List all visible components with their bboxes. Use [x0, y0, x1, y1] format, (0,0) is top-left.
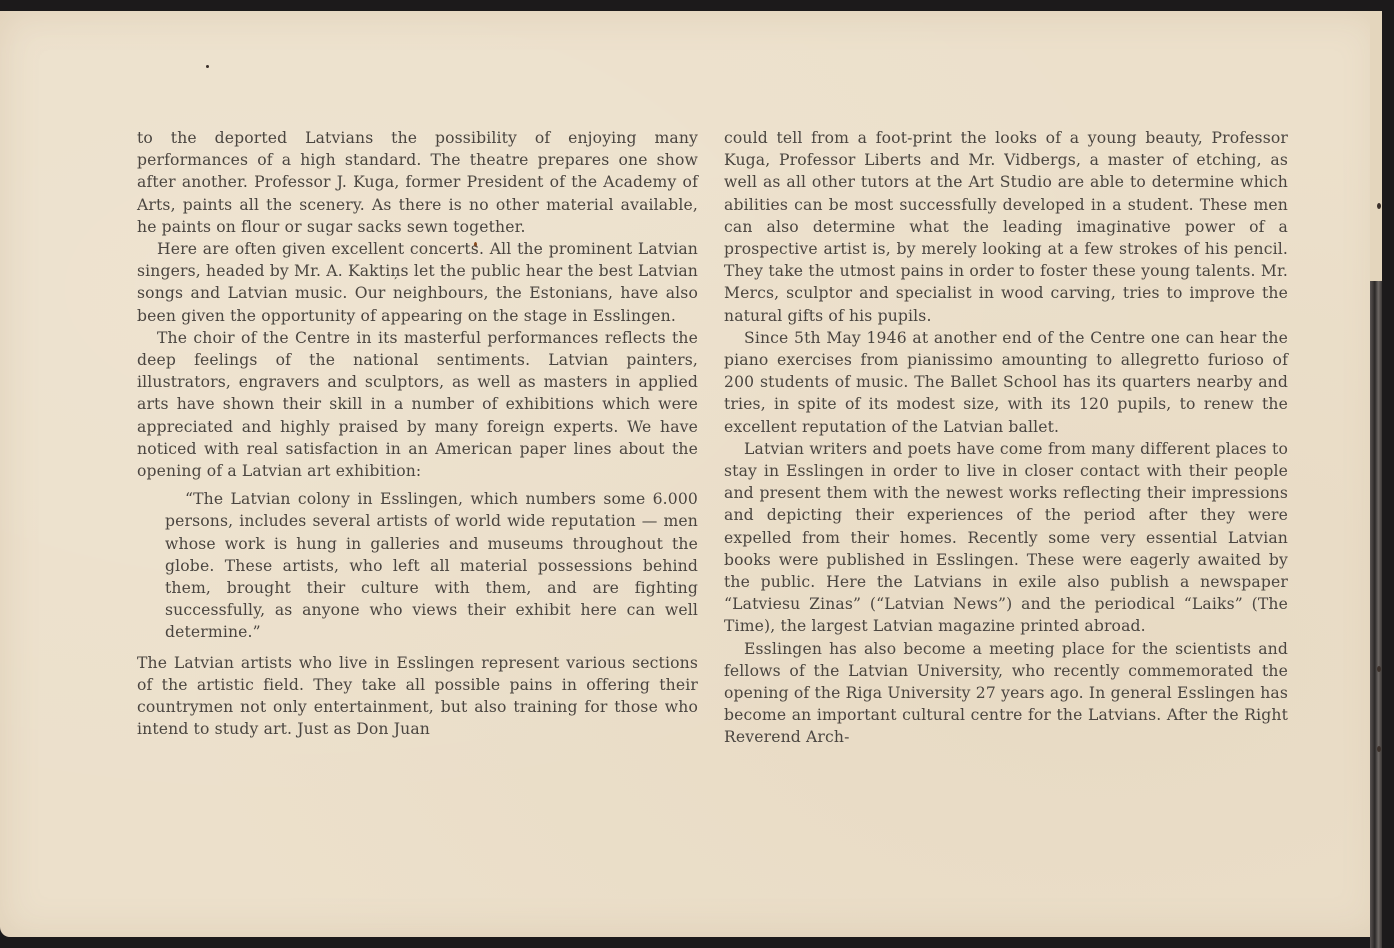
binding-hole — [1377, 203, 1381, 209]
paragraph: Since 5th May 1946 at another end of the… — [724, 327, 1288, 438]
left-column: to the deported Latvians the possibility… — [137, 127, 698, 740]
paragraph: The Latvian artists who live in Esslinge… — [137, 652, 698, 741]
paragraph: The choir of the Centre in its masterful… — [137, 327, 698, 482]
paragraph: Esslingen has also become a meeting plac… — [724, 638, 1288, 749]
paper-speck — [206, 65, 209, 68]
binding-hole — [1377, 666, 1381, 672]
paragraph: could tell from a foot-print the looks o… — [724, 127, 1288, 327]
binding-hole — [1377, 746, 1381, 752]
paragraph: Latvian writers and poets have come from… — [724, 438, 1288, 638]
page-edge — [1370, 11, 1382, 281]
paper-sheet: to the deported Latvians the possibility… — [0, 11, 1382, 937]
block-quote: “The Latvian colony in Esslingen, which … — [137, 488, 698, 643]
scanned-page: to the deported Latvians the possibility… — [0, 0, 1394, 948]
adjacent-page-edge — [1370, 281, 1382, 948]
right-column: could tell from a foot-print the looks o… — [724, 127, 1288, 749]
paragraph: to the deported Latvians the possibility… — [137, 127, 698, 238]
paragraph: Here are often given excellent concerts.… — [137, 238, 698, 327]
